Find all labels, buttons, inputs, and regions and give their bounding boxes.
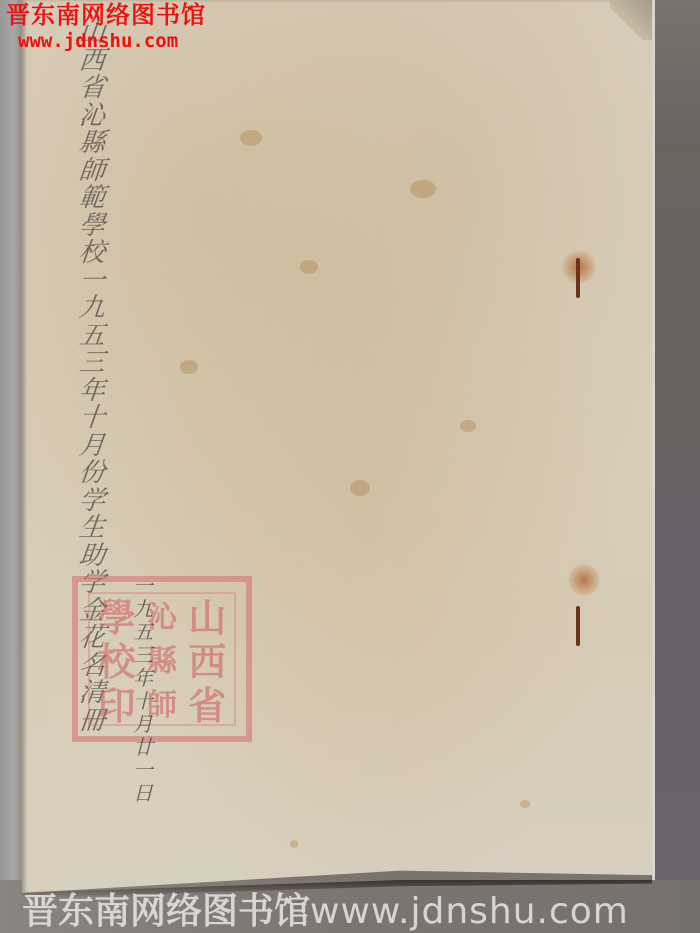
staple-top: [576, 258, 580, 298]
date-char: 廿: [133, 736, 153, 759]
document-page: [22, 0, 652, 893]
date-char: 三: [133, 644, 153, 667]
title-char: 一: [78, 268, 107, 296]
date-char: 九: [133, 598, 153, 621]
watermark-bottom: 晋东南网络图书馆www.jdnshu.com: [22, 890, 700, 933]
foxing-spot: [180, 360, 198, 374]
title-char: 十: [78, 405, 107, 433]
title-char: 三: [78, 350, 107, 378]
title-char: 年: [78, 378, 107, 406]
rust-stain: [568, 564, 600, 596]
watermark-bottom-url: www.jdnshu.com: [310, 891, 629, 932]
official-seal: 山 西 省 沁 縣 師 學 校 印: [72, 576, 252, 742]
title-char: 範: [78, 185, 107, 213]
seal-char: 西: [188, 640, 226, 684]
watermark-top-url: www.jdnshu.com: [6, 30, 256, 52]
foxing-spot: [240, 130, 262, 146]
title-char: 月: [78, 433, 107, 461]
foxing-spot: [300, 260, 318, 274]
foxing-spot: [350, 480, 370, 496]
title-char: 縣: [78, 130, 107, 158]
title-char: 省: [78, 75, 107, 103]
date-char: 五: [133, 621, 153, 644]
date-char: 一: [133, 575, 153, 598]
seal-column: 山 西 省: [188, 596, 226, 722]
title-char: 学: [78, 488, 107, 516]
page-folded-corner: [610, 0, 652, 40]
background-right-shade: [655, 0, 700, 150]
date-char: 年: [133, 667, 153, 690]
date-char: 一: [133, 759, 153, 782]
date-char: 日: [133, 782, 153, 805]
seal-char: 山: [188, 596, 226, 640]
foxing-spot: [410, 180, 436, 198]
watermark-top: 晋东南网络图书馆 www.jdnshu.com: [6, 0, 256, 52]
title-char: 份: [78, 460, 107, 488]
title-char: 沁: [78, 103, 107, 131]
foxing-spot: [290, 840, 298, 848]
watermark-bottom-title: 晋东南网络图书馆: [22, 891, 310, 932]
handwritten-date: 一 九 五 三 年 十 月 廿 一 日: [128, 575, 158, 805]
title-char: 校: [78, 240, 107, 268]
title-char: 九: [78, 295, 107, 323]
title-char: 助: [78, 543, 107, 571]
title-char: 生: [78, 515, 107, 543]
title-char: 學: [78, 213, 107, 241]
background-left: [0, 0, 24, 933]
seal-inner-frame: 山 西 省 沁 縣 師 學 校 印: [88, 592, 236, 726]
foxing-spot: [460, 420, 476, 432]
seal-char: 省: [188, 684, 226, 728]
date-char: 月: [133, 713, 153, 736]
title-char: 五: [78, 323, 107, 351]
page-right-edge: [652, 0, 655, 880]
date-char: 十: [133, 690, 153, 713]
title-char: 師: [78, 158, 107, 186]
foxing-spot: [520, 800, 530, 808]
watermark-top-title: 晋东南网络图书馆: [6, 0, 256, 30]
staple-bottom: [576, 606, 580, 646]
